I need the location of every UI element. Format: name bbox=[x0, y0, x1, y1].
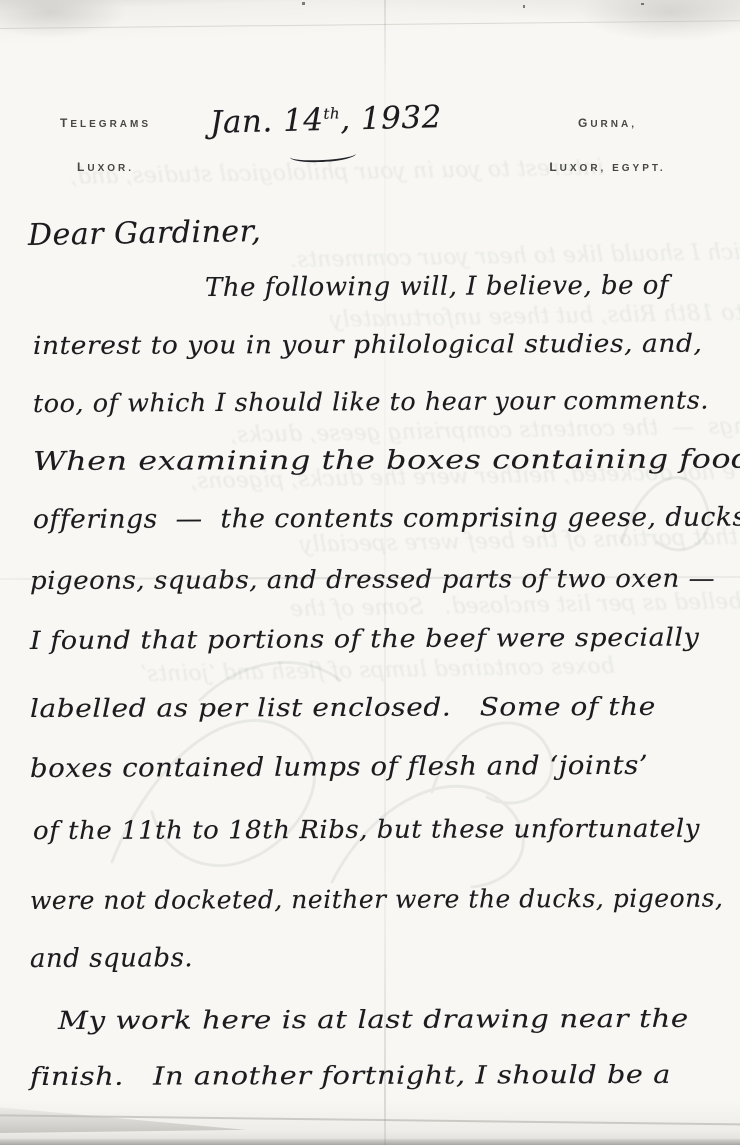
bleed-through-text: of the 11th to 18th Ribs, but these unfo… bbox=[330, 298, 740, 332]
letterhead-telegrams-place: LUXOR. bbox=[60, 160, 151, 174]
paper-crease-bottom bbox=[0, 1093, 740, 1145]
letter-date: Jan. 14th, 1932 bbox=[210, 99, 443, 141]
letterhead-address-line2: LUXOR, EGYPT. bbox=[540, 160, 675, 174]
paper-crease-top bbox=[0, 0, 740, 75]
letter-line: too, of which I should like to hear your… bbox=[33, 385, 709, 418]
date-superscript: th bbox=[323, 104, 340, 122]
paper-fold-line-top bbox=[0, 20, 740, 29]
bleed-through-text: too, of which I should like to hear your… bbox=[290, 238, 740, 273]
letter-line: and squabs. bbox=[30, 943, 193, 974]
paper-speck bbox=[523, 5, 525, 8]
paper-smudge-top-right bbox=[580, 0, 740, 42]
letter-line: of the 11th to 18th Ribs, but these unfo… bbox=[33, 814, 700, 845]
letterhead-telegrams-label: TELEGRAMS bbox=[60, 116, 151, 130]
letter-salutation: Dear Gardiner, bbox=[28, 214, 262, 253]
scanned-letter-page: interest to you in your philological stu… bbox=[0, 0, 740, 1145]
letterhead-address-line1: GURNA, bbox=[540, 116, 675, 130]
letter-line: My work here is at last drawing near the bbox=[58, 1004, 689, 1035]
bleed-through-text: labelled as per list enclosed. Some of t… bbox=[290, 589, 740, 622]
letter-line: interest to you in your philological stu… bbox=[33, 329, 702, 360]
letter-line: finish. In another fortnight, I should b… bbox=[30, 1060, 671, 1091]
letter-line: were not docketed, neither were the duck… bbox=[30, 884, 724, 915]
date-underline-stroke bbox=[290, 150, 356, 163]
letter-line: When examining the boxes containing food bbox=[33, 444, 740, 477]
paper-smudge-top-left bbox=[0, 0, 126, 38]
letterhead-address: GURNA, LUXOR, EGYPT. bbox=[540, 94, 675, 196]
paper-speck bbox=[641, 3, 644, 5]
letter-line: boxes contained lumps of flesh and ‘join… bbox=[30, 751, 648, 784]
letter-line: pigeons, squabs, and dressed parts of tw… bbox=[30, 564, 715, 595]
paper-speck bbox=[302, 2, 305, 5]
bleed-through-text: boxes contained lumps of flesh and ‘join… bbox=[140, 654, 615, 687]
letter-line: offerings — the contents comprising gees… bbox=[33, 502, 740, 535]
paper-bottom-edge bbox=[0, 1139, 740, 1145]
paper-fold-flap bbox=[0, 1107, 246, 1133]
letter-line: labelled as per list enclosed. Some of t… bbox=[30, 692, 656, 723]
letter-line: I found that portions of the beef were s… bbox=[30, 622, 699, 655]
paper-fold-line-bottom bbox=[0, 1114, 740, 1125]
letter-line: The following will, I believe, be of bbox=[205, 271, 669, 303]
bleed-through-text: offerings — the contents comprising gees… bbox=[230, 413, 740, 448]
letterhead-telegrams: TELEGRAMS LUXOR. bbox=[60, 94, 151, 196]
date-prefix: Jan. 14 bbox=[210, 102, 324, 141]
date-suffix: , 1932 bbox=[340, 99, 442, 137]
